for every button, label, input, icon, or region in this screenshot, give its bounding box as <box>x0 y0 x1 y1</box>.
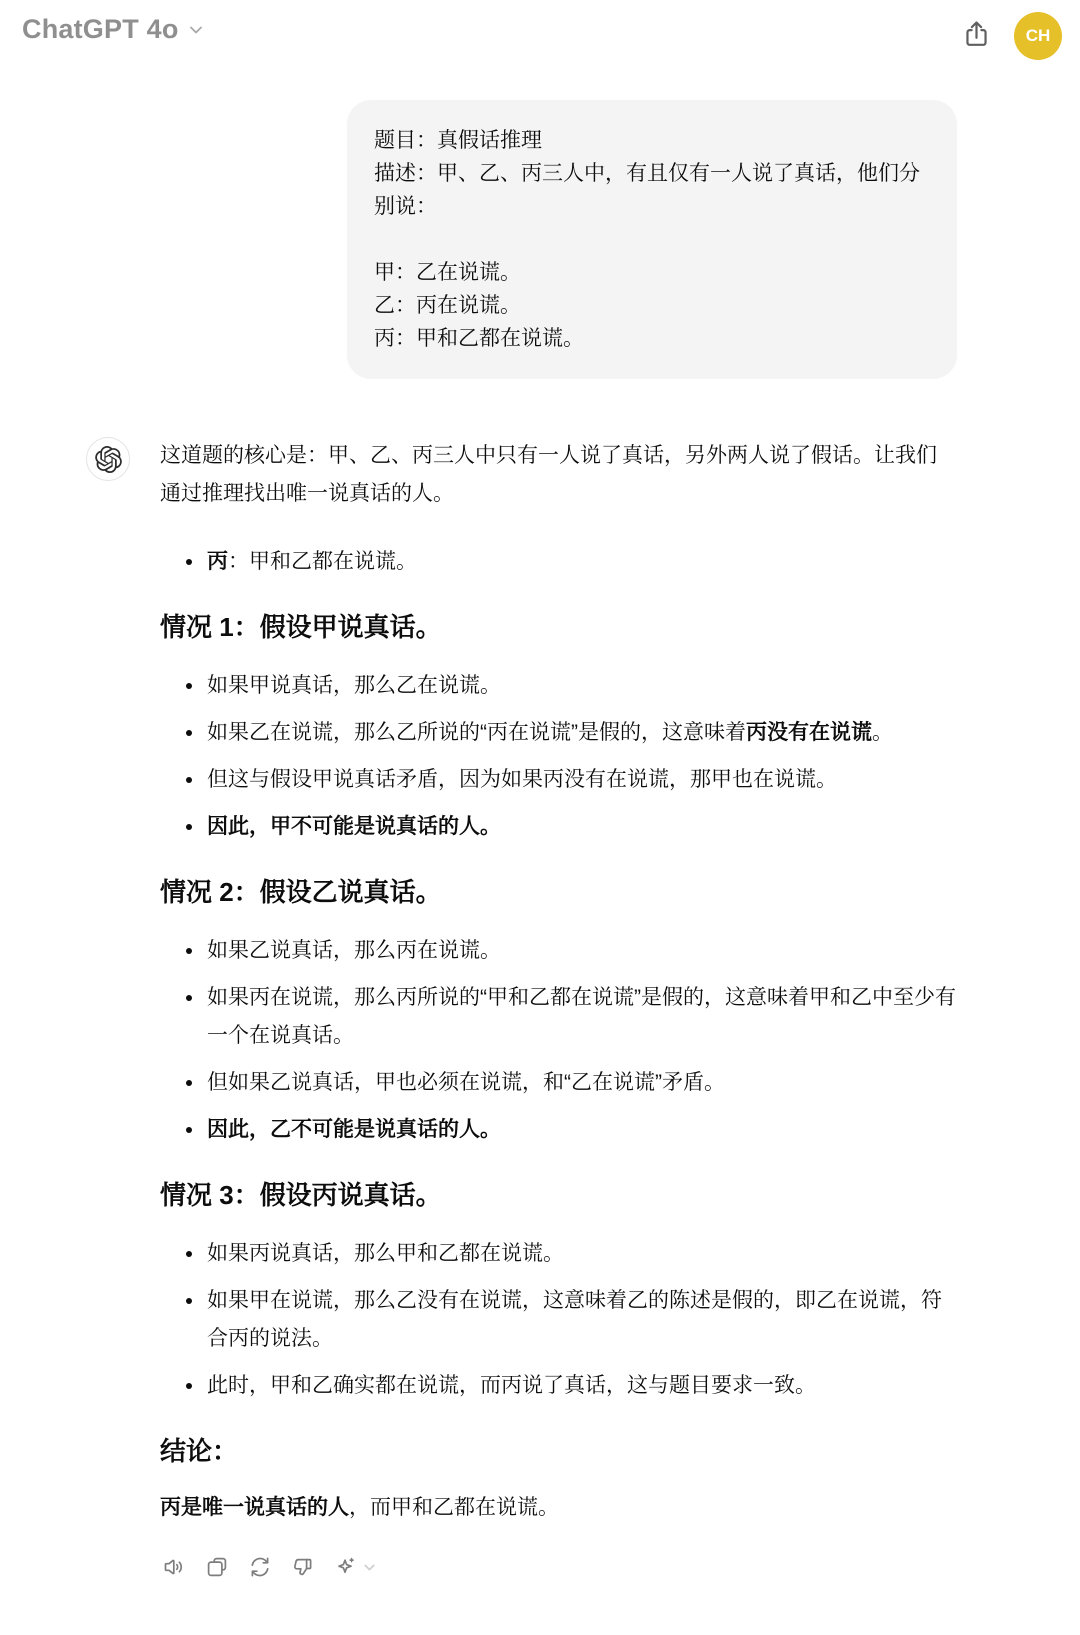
thumbs-down-icon <box>291 1555 315 1579</box>
assistant-message-row: 这道题的核心是：甲、乙、丙三人中只有一人说了真话，另外两人说了假话。让我们通过推… <box>86 433 957 1579</box>
switch-model-icon <box>334 1555 358 1579</box>
share-icon <box>961 19 992 50</box>
bullet-item: 但如果乙说真话，甲也必须在说谎，和“乙在说谎”矛盾。 <box>205 1064 957 1102</box>
reasoning-sections: 情况 1：假设甲说真话。如果甲说真话，那么乙在说谎。如果乙在说谎，那么乙所说的“… <box>160 611 957 1405</box>
bullet-item: 因此，甲不可能是说真话的人。 <box>205 808 957 846</box>
section-bullet-list: 如果甲说真话，那么乙在说谎。如果乙在说谎，那么乙所说的“丙在说谎”是假的，这意味… <box>160 667 957 846</box>
bullet-item: 如果甲在说谎，那么乙没有在说谎，这意味着乙的陈述是假的，即乙在说谎，符合丙的说法… <box>205 1282 957 1358</box>
bullet-item: 如果乙在说谎，那么乙所说的“丙在说谎”是假的，这意味着丙没有在说谎。 <box>205 714 957 752</box>
model-name: ChatGPT 4o <box>22 14 179 45</box>
section-bullet-list: 如果丙说真话，那么甲和乙都在说谎。如果甲在说谎，那么乙没有在说谎，这意味着乙的陈… <box>160 1235 957 1405</box>
assistant-message: 这道题的核心是：甲、乙、丙三人中只有一人说了真话，另外两人说了假话。让我们通过推… <box>160 433 957 1579</box>
section-heading: 情况 1：假设甲说真话。 <box>160 611 957 643</box>
user-message-text: 题目：真假话推理描述：甲、乙、丙三人中，有且仅有一人说了真话，他们分别说： 甲：… <box>374 124 930 355</box>
bullet-item: 如果丙说真话，那么甲和乙都在说谎。 <box>205 1235 957 1273</box>
chatgpt-window: ChatGPT 4o CH 题目：真假话推理描述：甲、乙、丙三人中，有且仅有一人… <box>0 0 1080 1635</box>
read-aloud-button[interactable] <box>162 1555 186 1579</box>
switch-model-button[interactable] <box>334 1555 378 1579</box>
user-message-row: 题目：真假话推理描述：甲、乙、丙三人中，有且仅有一人说了真话，他们分别说： 甲：… <box>86 100 957 379</box>
section-heading: 情况 3：假设丙说真话。 <box>160 1179 957 1211</box>
user-message-bubble: 题目：真假话推理描述：甲、乙、丙三人中，有且仅有一人说了真话，他们分别说： 甲：… <box>347 100 957 379</box>
assistant-avatar <box>86 437 130 481</box>
conclusion-heading: 结论： <box>160 1435 957 1467</box>
thumbs-down-button[interactable] <box>291 1555 315 1579</box>
top-bar-right: CH <box>959 12 1062 60</box>
bullet-item: 如果乙说真话，那么丙在说谎。 <box>205 932 957 970</box>
user-message-line: 题目：真假话推理 <box>374 124 930 157</box>
conclusion-text: 丙是唯一说真话的人，而甲和乙都在说谎。 <box>160 1489 957 1527</box>
bullet-item: 但这与假设甲说真话矛盾，因为如果丙没有在说谎，那甲也在说谎。 <box>205 761 957 799</box>
bullet-item: 此时，甲和乙确实都在说谎，而丙说了真话，这与题目要求一致。 <box>205 1367 957 1405</box>
section-bullet-list: 如果乙说真话，那么丙在说谎。如果丙在说谎，那么丙所说的“甲和乙都在说谎”是假的，… <box>160 932 957 1149</box>
chat-thread: 题目：真假话推理描述：甲、乙、丙三人中，有且仅有一人说了真话，他们分别说： 甲：… <box>86 100 957 1579</box>
user-message-line: 乙：丙在说谎。 <box>374 289 930 322</box>
bullet-item: 如果甲说真话，那么乙在说谎。 <box>205 667 957 705</box>
section-heading: 情况 2：假设乙说真话。 <box>160 876 957 908</box>
copy-icon <box>205 1555 229 1579</box>
read-aloud-icon <box>162 1555 186 1579</box>
copy-button[interactable] <box>205 1555 229 1579</box>
chevron-down-icon <box>186 20 206 40</box>
chevron-down-icon <box>361 1559 378 1576</box>
openai-logo-icon <box>95 446 122 473</box>
user-message-line: 描述：甲、乙、丙三人中，有且仅有一人说了真话，他们分别说： <box>374 157 930 223</box>
top-bar: ChatGPT 4o CH <box>0 0 1080 62</box>
regenerate-icon <box>248 1555 272 1579</box>
message-toolbar <box>162 1555 957 1579</box>
bullet-item: 丙：甲和乙都在说谎。 <box>205 543 957 581</box>
user-message-line: 甲：乙在说谎。 <box>374 256 930 289</box>
regenerate-button[interactable] <box>248 1555 272 1579</box>
bullet-item: 如果丙在说谎，那么丙所说的“甲和乙都在说谎”是假的，这意味着甲和乙中至少有一个在… <box>205 979 957 1055</box>
assistant-intro: 这道题的核心是：甲、乙、丙三人中只有一人说了真话，另外两人说了假话。让我们通过推… <box>160 437 957 513</box>
share-button[interactable] <box>959 17 994 55</box>
model-switcher[interactable]: ChatGPT 4o <box>22 14 206 45</box>
avatar[interactable]: CH <box>1014 12 1062 60</box>
user-message-line <box>374 223 930 256</box>
lead-bullet-list: 丙：甲和乙都在说谎。 <box>160 543 957 581</box>
user-message-line: 丙：甲和乙都在说谎。 <box>374 322 930 355</box>
bullet-item: 因此，乙不可能是说真话的人。 <box>205 1111 957 1149</box>
